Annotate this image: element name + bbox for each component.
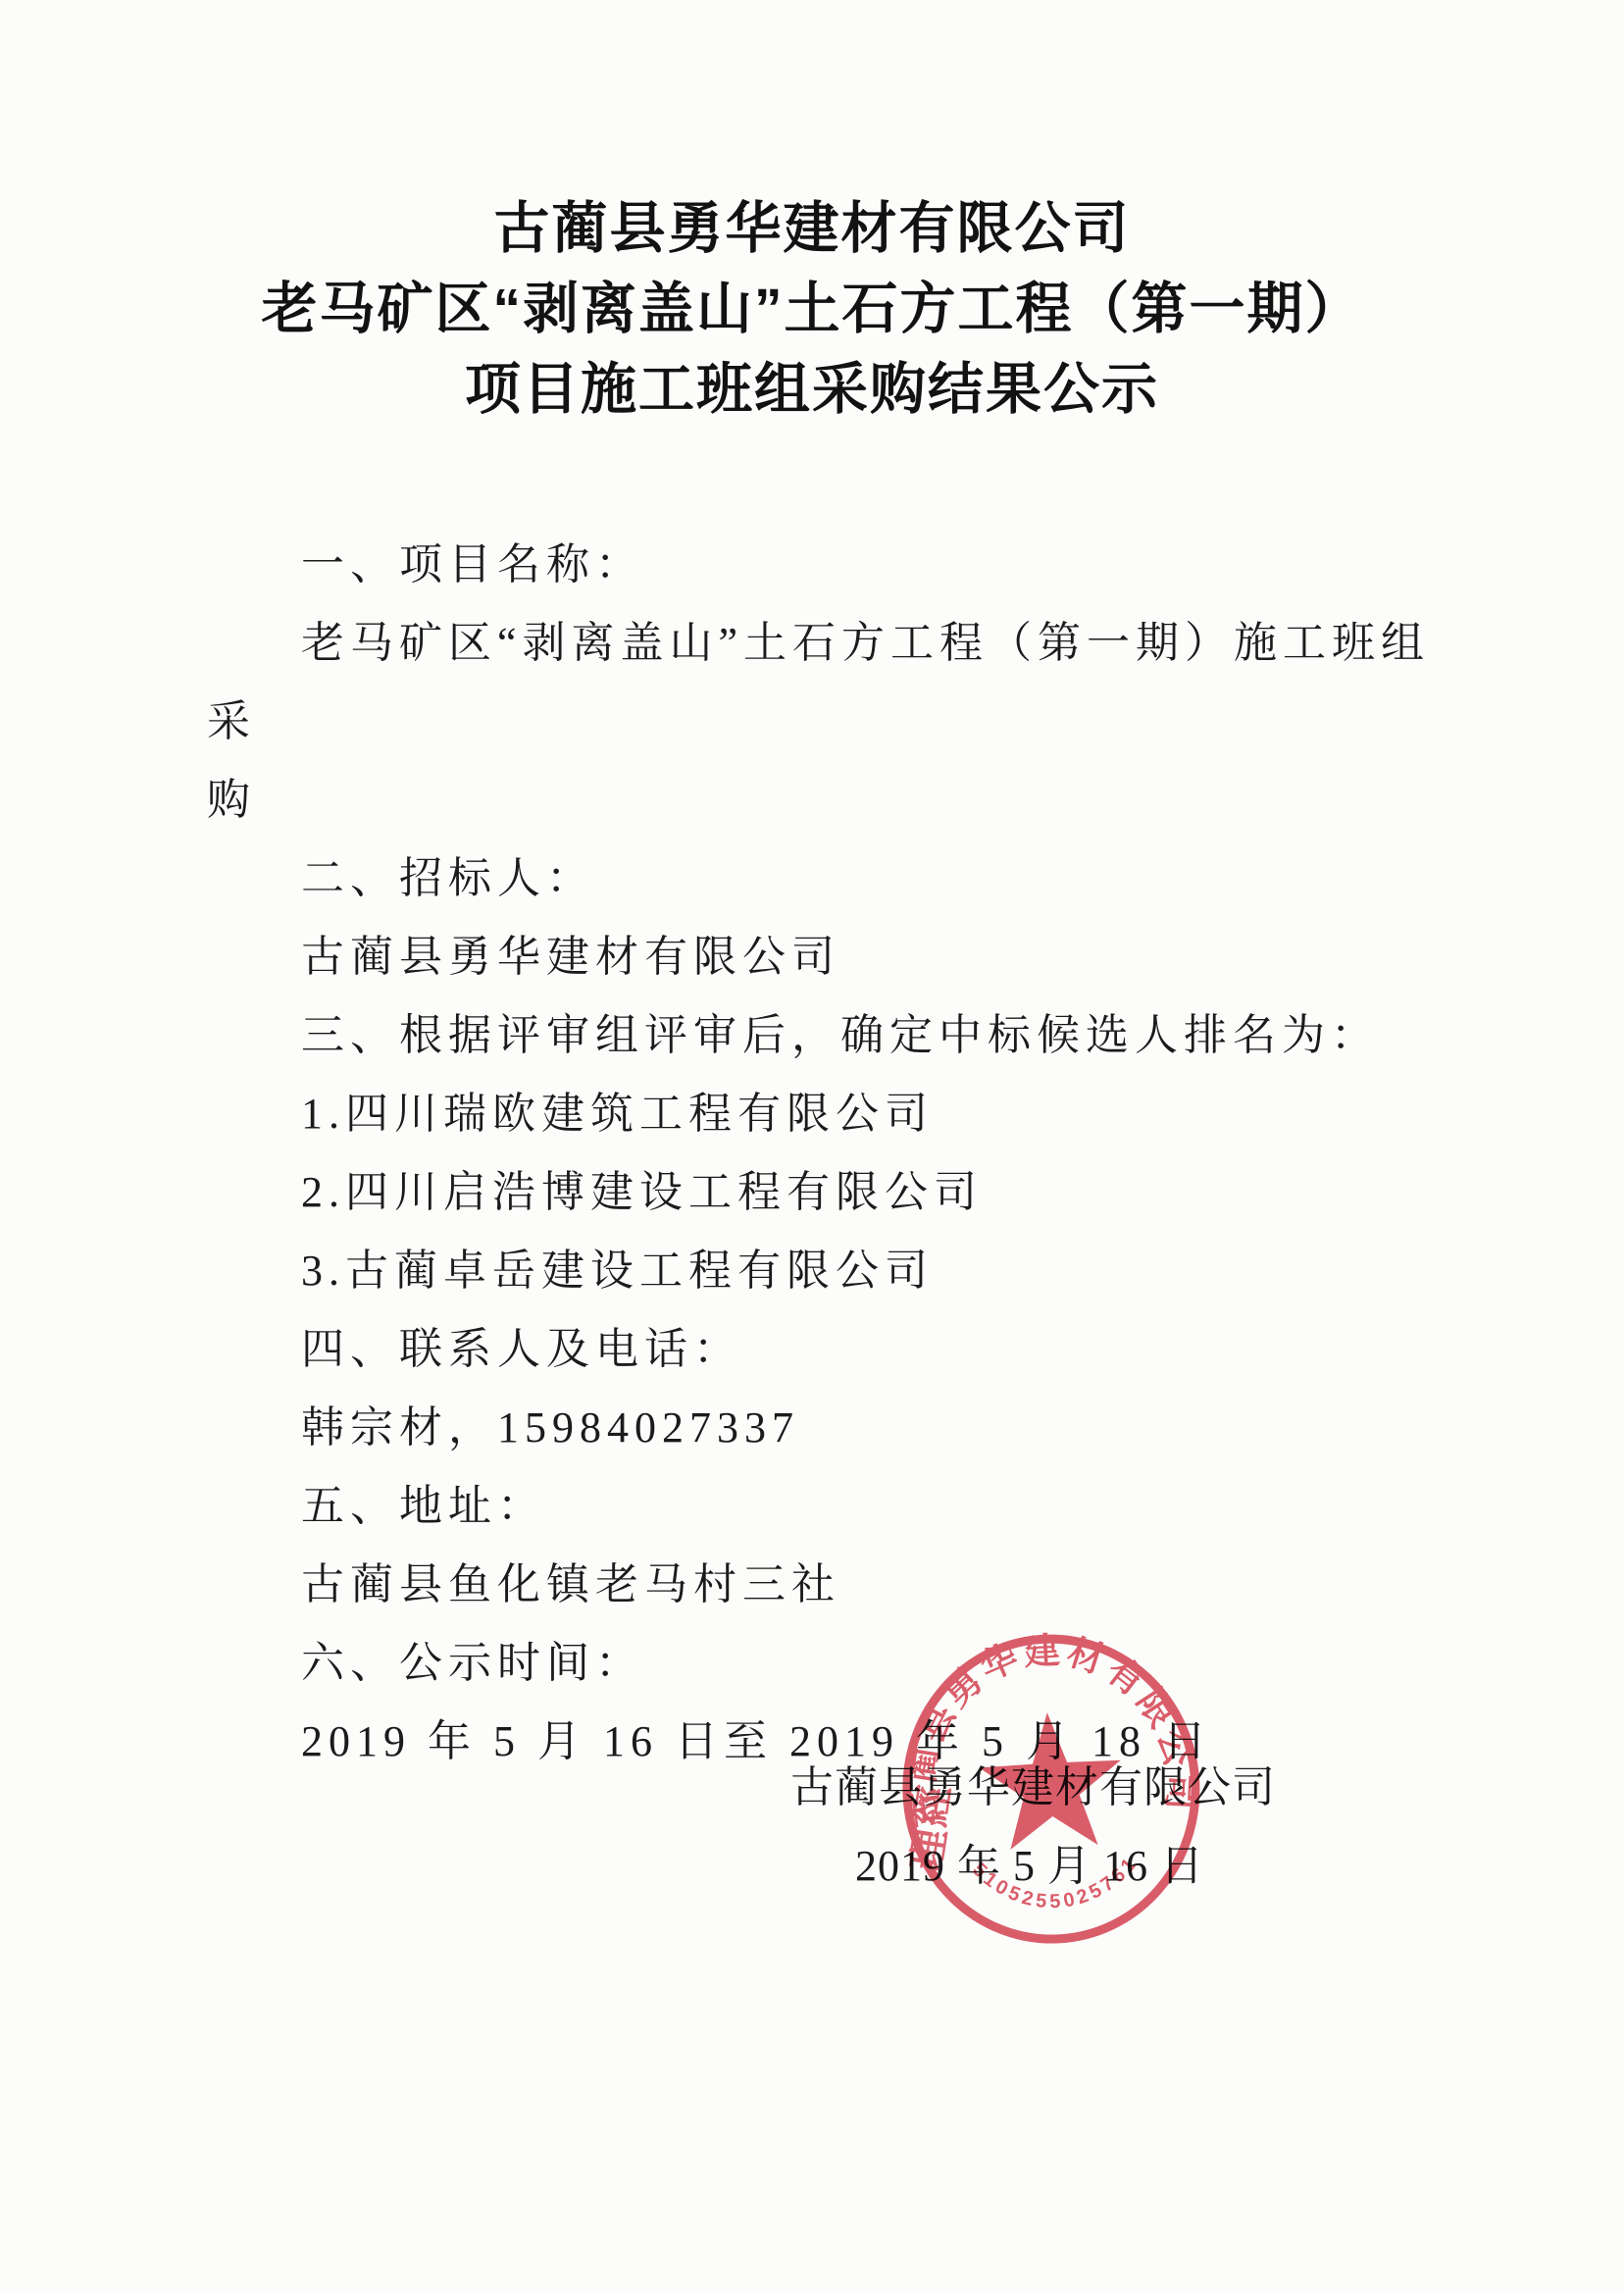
body-line-tenderer-heading: 二、招标人： [207, 840, 1433, 918]
body-line-publicity-heading: 六、公示时间： [207, 1624, 1433, 1703]
body-line-candidate-1: 1.四川瑞欧建筑工程有限公司 [207, 1075, 1433, 1153]
body-line-contact-info: 韩宗材，15984027337 [207, 1389, 1433, 1467]
body-line-ranking-heading: 三、根据评审组评审后，确定中标候选人排名为： [207, 996, 1433, 1075]
body-line-address-heading: 五、地址： [207, 1467, 1433, 1546]
body-line-project-name: 老马矿区“剥离盖山”土石方工程（第一期）施工班组采 [207, 604, 1433, 761]
title-line-3: 项目施工班组采购结果公示 [0, 349, 1624, 430]
body-line-project-heading: 一、项目名称： [207, 526, 1433, 604]
seal-serial-number: 5105255025761 [967, 1851, 1144, 1917]
seal-inner-char-1: 經 [907, 1782, 959, 1830]
company-seal: 古蔺县勇华建材有限公司 5105255025761 經 理 [890, 1622, 1215, 1960]
body-line-tenderer-name: 古蔺县勇华建材有限公司 [207, 918, 1433, 996]
seal-star-icon [977, 1708, 1126, 1851]
body-line-project-name-wrap: 购 [207, 761, 1433, 840]
seal-inner-char-2: 理 [902, 1825, 954, 1873]
document-page: 古蔺县勇华建材有限公司 老马矿区“剥离盖山”土石方工程（第一期） 项目施工班组采… [0, 0, 1624, 2293]
document-title: 古蔺县勇华建材有限公司 老马矿区“剥离盖山”土石方工程（第一期） 项目施工班组采… [0, 188, 1624, 430]
body-line-contact-heading: 四、联系人及电话： [207, 1310, 1433, 1389]
document-body: 一、项目名称： 老马矿区“剥离盖山”土石方工程（第一期）施工班组采 购 二、招标… [207, 526, 1433, 1781]
company-seal-graphic: 古蔺县勇华建材有限公司 5105255025761 經 理 [890, 1622, 1215, 1960]
title-line-2: 老马矿区“剥离盖山”土石方工程（第一期） [0, 269, 1624, 349]
body-line-address: 古蔺县鱼化镇老马村三社 [207, 1546, 1433, 1624]
body-line-candidate-2: 2.四川启浩博建设工程有限公司 [207, 1153, 1433, 1232]
body-line-candidate-3: 3.古蔺卓岳建设工程有限公司 [207, 1232, 1433, 1310]
title-line-1: 古蔺县勇华建材有限公司 [0, 188, 1624, 269]
seal-serial-textpath: 5105255025761 [967, 1851, 1144, 1917]
